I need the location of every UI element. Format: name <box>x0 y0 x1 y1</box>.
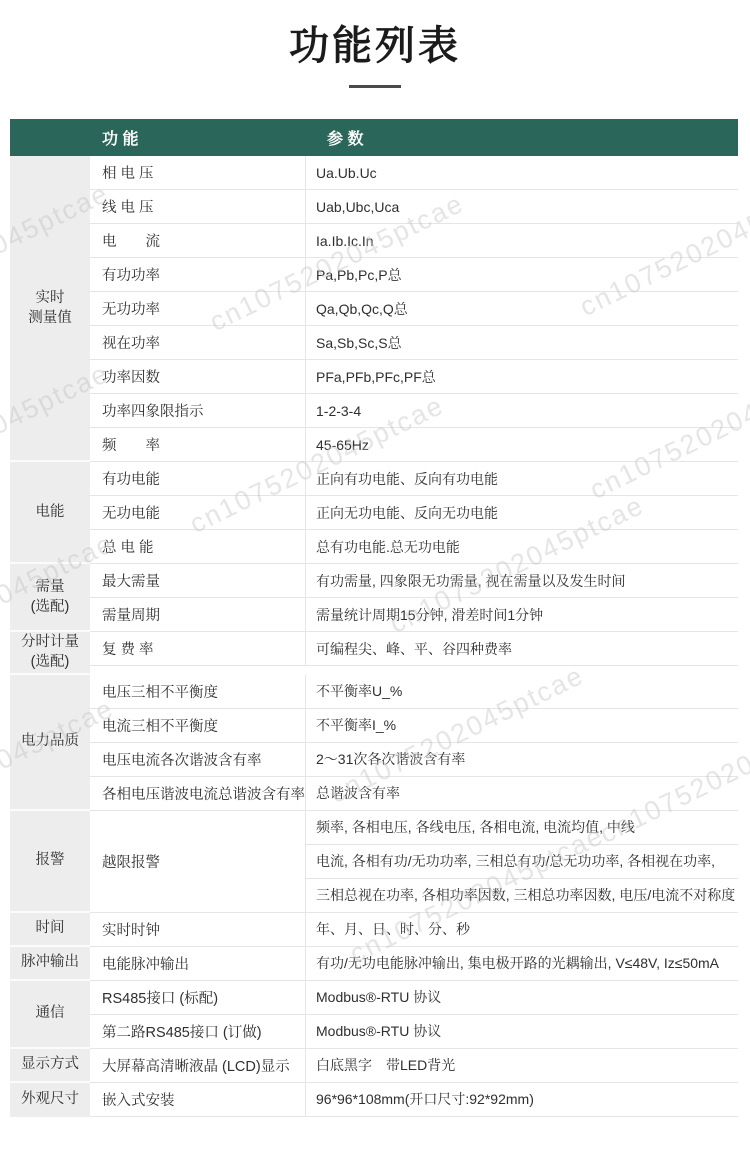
parameter-cell: 总谐波含有率 <box>305 777 738 810</box>
table-row: 复 费 率可编程尖、峰、平、谷四种费率 <box>90 632 738 666</box>
category-label: 脉冲输出 <box>21 952 79 972</box>
parameter-cell: 有功/无功电能脉冲输出, 集电极开路的光耦输出, V≤48V, Iz≤50mA <box>305 947 738 980</box>
category-label: 报警 <box>36 850 65 870</box>
function-cell: 相 电 压 <box>90 156 305 189</box>
table-group: 分时计量(选配)复 费 率可编程尖、峰、平、谷四种费率 <box>10 632 738 675</box>
parameter-line: Qa,Qb,Qc,Q总 <box>306 292 738 325</box>
table-group: 电能有功电能正向有功电能、反向有功电能无功电能正向无功电能、反向无功电能总 电 … <box>10 462 738 564</box>
table-row: 电 流Ia.Ib.Ic.In <box>90 224 738 258</box>
table-group: 电力品质电压三相不平衡度不平衡率U_%电流三相不平衡度不平衡率I_%电压电流各次… <box>10 675 738 811</box>
page: 功能列表 功 能 参 数 实时测量值相 电 压Ua.Ub.Uc线 电 压Uab,… <box>0 0 750 1161</box>
table-group: 报警越限报警频率, 各相电压, 各线电压, 各相电流, 电流均值, 中线电流, … <box>10 811 738 913</box>
parameter-line: Sa,Sb,Sc,S总 <box>306 326 738 359</box>
parameter-line: 需量统计周期15分钟, 滑差时间1分钟 <box>306 598 738 631</box>
parameter-cell: 不平衡率U_% <box>305 675 738 708</box>
table-row: RS485接口 (标配)Modbus®-RTU 协议 <box>90 981 738 1015</box>
function-cell: 需量周期 <box>90 598 305 631</box>
function-cell: 电流三相不平衡度 <box>90 709 305 742</box>
parameter-line: 正向有功电能、反向有功电能 <box>306 462 738 495</box>
parameter-line: 45-65Hz <box>306 428 738 461</box>
category-cell: 需量(选配) <box>10 564 90 632</box>
column-header-parameter: 参 数 <box>317 126 738 149</box>
parameter-line: 总谐波含有率 <box>306 777 738 810</box>
table-row: 功率四象限指示1-2-3-4 <box>90 394 738 428</box>
function-cell: 电压电流各次谐波含有率 <box>90 743 305 776</box>
category-label: (选配) <box>31 652 70 672</box>
table-row: 频 率45-65Hz <box>90 428 738 462</box>
category-label: 通信 <box>36 1003 65 1023</box>
function-cell: 功率四象限指示 <box>90 394 305 427</box>
function-cell: 越限报警 <box>90 811 305 912</box>
table-group: 外观尺寸嵌入式安装96*96*108mm(开口尺寸:92*92mm) <box>10 1083 738 1117</box>
parameter-line: PFa,PFb,PFc,PF总 <box>306 360 738 393</box>
category-cell: 通信 <box>10 981 90 1049</box>
function-cell: RS485接口 (标配) <box>90 981 305 1014</box>
table-row: 无功功率Qa,Qb,Qc,Q总 <box>90 292 738 326</box>
table-row: 功率因数PFa,PFb,PFc,PF总 <box>90 360 738 394</box>
table-row: 电压三相不平衡度不平衡率U_% <box>90 675 738 709</box>
function-cell: 有功电能 <box>90 462 305 495</box>
table-row: 各相电压谐波电流总谐波含有率总谐波含有率 <box>90 777 738 811</box>
parameter-line: 96*96*108mm(开口尺寸:92*92mm) <box>306 1083 738 1116</box>
table-row: 大屏幕高清晰液晶 (LCD)显示白底黑字 带LED背光 <box>90 1049 738 1083</box>
category-label: 电力品质 <box>21 731 79 751</box>
function-cell: 有功功率 <box>90 258 305 291</box>
table-row: 实时时钟年、月、日、时、分、秒 <box>90 913 738 947</box>
table-row: 总 电 能总有功电能.总无功电能 <box>90 530 738 564</box>
parameter-cell: 正向无功电能、反向无功电能 <box>305 496 738 529</box>
parameter-cell: Ua.Ub.Uc <box>305 156 738 189</box>
title-underline <box>349 85 401 88</box>
parameter-cell: 不平衡率I_% <box>305 709 738 742</box>
table-row: 电压电流各次谐波含有率2～31次各次谐波含有率 <box>90 743 738 777</box>
function-cell: 线 电 压 <box>90 190 305 223</box>
parameter-line: 有功/无功电能脉冲输出, 集电极开路的光耦输出, V≤48V, Iz≤50mA <box>306 947 738 980</box>
function-cell: 无功功率 <box>90 292 305 325</box>
table-header: 功 能 参 数 <box>10 119 738 156</box>
function-cell: 电 流 <box>90 224 305 257</box>
table-row: 嵌入式安装96*96*108mm(开口尺寸:92*92mm) <box>90 1083 738 1117</box>
parameter-line: 白底黑字 带LED背光 <box>306 1049 738 1082</box>
table-row: 第二路RS485接口 (订做)Modbus®-RTU 协议 <box>90 1015 738 1049</box>
function-cell: 电能脉冲输出 <box>90 947 305 980</box>
parameter-line: 可编程尖、峰、平、谷四种费率 <box>306 632 738 665</box>
category-cell: 电能 <box>10 462 90 564</box>
table-group: 脉冲输出电能脉冲输出有功/无功电能脉冲输出, 集电极开路的光耦输出, V≤48V… <box>10 947 738 981</box>
category-cell: 电力品质 <box>10 675 90 811</box>
category-label: 需量 <box>36 577 65 597</box>
parameter-line: 不平衡率I_% <box>306 709 738 742</box>
table-row: 有功功率Pa,Pb,Pc,P总 <box>90 258 738 292</box>
parameter-line: Modbus®-RTU 协议 <box>306 981 738 1014</box>
group-rows: 越限报警频率, 各相电压, 各线电压, 各相电流, 电流均值, 中线电流, 各相… <box>90 811 738 913</box>
category-cell: 时间 <box>10 913 90 947</box>
function-cell: 各相电压谐波电流总谐波含有率 <box>90 777 305 810</box>
parameter-cell: Uab,Ubc,Uca <box>305 190 738 223</box>
parameter-line: Modbus®-RTU 协议 <box>306 1015 738 1048</box>
function-cell: 大屏幕高清晰液晶 (LCD)显示 <box>90 1049 305 1082</box>
group-rows: 复 费 率可编程尖、峰、平、谷四种费率 <box>90 632 738 675</box>
category-label: 实时 <box>36 288 65 308</box>
parameter-cell: 有功需量, 四象限无功需量, 视在需量以及发生时间 <box>305 564 738 597</box>
parameter-cell: 96*96*108mm(开口尺寸:92*92mm) <box>305 1083 738 1116</box>
group-rows: RS485接口 (标配)Modbus®-RTU 协议第二路RS485接口 (订做… <box>90 981 738 1049</box>
table-row: 越限报警频率, 各相电压, 各线电压, 各相电流, 电流均值, 中线电流, 各相… <box>90 811 738 913</box>
table-group: 实时测量值相 电 压Ua.Ub.Uc线 电 压Uab,Ubc,Uca电 流Ia.… <box>10 156 738 462</box>
category-label: 时间 <box>36 918 65 938</box>
parameter-cell: 总有功电能.总无功电能 <box>305 530 738 563</box>
group-rows: 嵌入式安装96*96*108mm(开口尺寸:92*92mm) <box>90 1083 738 1117</box>
function-cell: 实时时钟 <box>90 913 305 946</box>
table-row: 电流三相不平衡度不平衡率I_% <box>90 709 738 743</box>
parameter-line: 2～31次各次谐波含有率 <box>306 743 738 776</box>
group-rows: 电能脉冲输出有功/无功电能脉冲输出, 集电极开路的光耦输出, V≤48V, Iz… <box>90 947 738 981</box>
category-label: 分时计量 <box>21 632 79 652</box>
category-label: 显示方式 <box>21 1054 79 1074</box>
category-cell: 外观尺寸 <box>10 1083 90 1117</box>
category-cell: 脉冲输出 <box>10 947 90 981</box>
function-cell: 嵌入式安装 <box>90 1083 305 1116</box>
parameter-cell: Ia.Ib.Ic.In <box>305 224 738 257</box>
parameter-line: 电流, 各相有功/无功功率, 三相总有功/总无功功率, 各相视在功率, <box>306 845 738 879</box>
function-cell: 复 费 率 <box>90 632 305 665</box>
parameter-cell: Qa,Qb,Qc,Q总 <box>305 292 738 325</box>
group-rows: 相 电 压Ua.Ub.Uc线 电 压Uab,Ubc,Uca电 流Ia.Ib.Ic… <box>90 156 738 462</box>
table-row: 需量周期需量统计周期15分钟, 滑差时间1分钟 <box>90 598 738 632</box>
table-row: 线 电 压Uab,Ubc,Uca <box>90 190 738 224</box>
parameter-cell: 频率, 各相电压, 各线电压, 各相电流, 电流均值, 中线电流, 各相有功/无… <box>305 811 738 912</box>
function-cell: 功率因数 <box>90 360 305 393</box>
parameter-line: 1-2-3-4 <box>306 394 738 427</box>
function-cell: 视在功率 <box>90 326 305 359</box>
parameter-cell: 正向有功电能、反向有功电能 <box>305 462 738 495</box>
category-cell: 报警 <box>10 811 90 913</box>
parameter-cell: Modbus®-RTU 协议 <box>305 1015 738 1048</box>
group-rows: 电压三相不平衡度不平衡率U_%电流三相不平衡度不平衡率I_%电压电流各次谐波含有… <box>90 675 738 811</box>
table-body: 实时测量值相 电 压Ua.Ub.Uc线 电 压Uab,Ubc,Uca电 流Ia.… <box>10 156 738 1117</box>
function-cell: 第二路RS485接口 (订做) <box>90 1015 305 1048</box>
category-cell: 分时计量(选配) <box>10 632 90 675</box>
table-row: 有功电能正向有功电能、反向有功电能 <box>90 462 738 496</box>
parameter-line: 正向无功电能、反向无功电能 <box>306 496 738 529</box>
function-table: 功 能 参 数 实时测量值相 电 压Ua.Ub.Uc线 电 压Uab,Ubc,U… <box>10 119 738 1117</box>
parameter-line: 频率, 各相电压, 各线电压, 各相电流, 电流均值, 中线 <box>306 811 738 845</box>
parameter-cell: PFa,PFb,PFc,PF总 <box>305 360 738 393</box>
function-cell: 频 率 <box>90 428 305 461</box>
page-title: 功能列表 <box>0 22 750 70</box>
category-label: 测量值 <box>28 308 72 328</box>
parameter-cell: 45-65Hz <box>305 428 738 461</box>
table-row: 无功电能正向无功电能、反向无功电能 <box>90 496 738 530</box>
parameter-line: Ua.Ub.Uc <box>306 156 738 189</box>
table-row: 最大需量有功需量, 四象限无功需量, 视在需量以及发生时间 <box>90 564 738 598</box>
parameter-line: Uab,Ubc,Uca <box>306 190 738 223</box>
function-cell: 最大需量 <box>90 564 305 597</box>
parameter-line: 有功需量, 四象限无功需量, 视在需量以及发生时间 <box>306 564 738 597</box>
table-group: 需量(选配)最大需量有功需量, 四象限无功需量, 视在需量以及发生时间需量周期需… <box>10 564 738 632</box>
parameter-cell: 2～31次各次谐波含有率 <box>305 743 738 776</box>
parameter-cell: 需量统计周期15分钟, 滑差时间1分钟 <box>305 598 738 631</box>
table-row: 相 电 压Ua.Ub.Uc <box>90 156 738 190</box>
function-cell: 无功电能 <box>90 496 305 529</box>
parameter-line: 不平衡率U_% <box>306 675 738 708</box>
column-header-function: 功 能 <box>90 126 317 149</box>
function-cell: 总 电 能 <box>90 530 305 563</box>
parameter-cell: Modbus®-RTU 协议 <box>305 981 738 1014</box>
category-cell: 实时测量值 <box>10 156 90 462</box>
category-cell: 显示方式 <box>10 1049 90 1083</box>
parameter-cell: 年、月、日、时、分、秒 <box>305 913 738 946</box>
group-rows: 最大需量有功需量, 四象限无功需量, 视在需量以及发生时间需量周期需量统计周期1… <box>90 564 738 632</box>
table-group: 通信RS485接口 (标配)Modbus®-RTU 协议第二路RS485接口 (… <box>10 981 738 1049</box>
category-label: 外观尺寸 <box>21 1089 79 1109</box>
parameter-line: Pa,Pb,Pc,P总 <box>306 258 738 291</box>
parameter-line: 三相总视在功率, 各相功率因数, 三相总功率因数, 电压/电流不对称度 <box>306 879 738 912</box>
group-rows: 有功电能正向有功电能、反向有功电能无功电能正向无功电能、反向无功电能总 电 能总… <box>90 462 738 564</box>
table-row: 视在功率Sa,Sb,Sc,S总 <box>90 326 738 360</box>
parameter-line: Ia.Ib.Ic.In <box>306 224 738 257</box>
parameter-cell: 1-2-3-4 <box>305 394 738 427</box>
parameter-cell: 可编程尖、峰、平、谷四种费率 <box>305 632 738 665</box>
group-rows: 大屏幕高清晰液晶 (LCD)显示白底黑字 带LED背光 <box>90 1049 738 1083</box>
table-group: 显示方式大屏幕高清晰液晶 (LCD)显示白底黑字 带LED背光 <box>10 1049 738 1083</box>
parameter-cell: Pa,Pb,Pc,P总 <box>305 258 738 291</box>
function-cell: 电压三相不平衡度 <box>90 675 305 708</box>
parameter-cell: Sa,Sb,Sc,S总 <box>305 326 738 359</box>
parameter-line: 总有功电能.总无功电能 <box>306 530 738 563</box>
category-label: (选配) <box>31 597 70 617</box>
parameter-cell: 白底黑字 带LED背光 <box>305 1049 738 1082</box>
parameter-line: 年、月、日、时、分、秒 <box>306 913 738 946</box>
group-rows: 实时时钟年、月、日、时、分、秒 <box>90 913 738 947</box>
table-row: 电能脉冲输出有功/无功电能脉冲输出, 集电极开路的光耦输出, V≤48V, Iz… <box>90 947 738 981</box>
category-label: 电能 <box>36 502 65 522</box>
table-group: 时间实时时钟年、月、日、时、分、秒 <box>10 913 738 947</box>
